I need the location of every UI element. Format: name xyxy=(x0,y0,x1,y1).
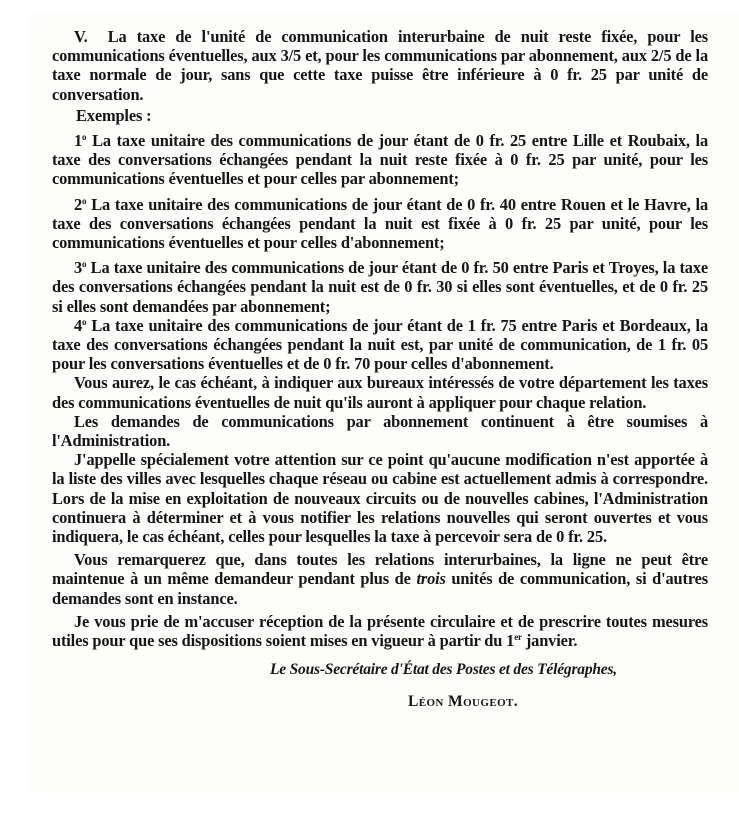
example-2: 2o La taxe unitaire des communications d… xyxy=(52,195,708,253)
example-number: 4o xyxy=(74,316,86,335)
section-numeral: V. xyxy=(74,27,88,46)
section-v-text: La taxe de l'unité de communication inte… xyxy=(52,27,708,104)
circular-document: V. La taxe de l'unité de communication i… xyxy=(52,27,708,711)
signatory-name: Léon Mougeot. xyxy=(52,692,708,711)
example-text: La taxe unitaire des communications de j… xyxy=(52,316,708,373)
paragraph-attention: J'appelle spécialement votre attention s… xyxy=(52,450,708,546)
example-number: 2o xyxy=(74,195,86,214)
date-number: 1er xyxy=(506,631,522,650)
paragraph-demandes: Les demandes de communications par abonn… xyxy=(52,412,708,450)
example-3: 3o La taxe unitaire des communications d… xyxy=(52,258,708,316)
example-number: 1o xyxy=(74,131,86,150)
example-number: 3o xyxy=(74,258,86,277)
example-text: La taxe unitaire des communications de j… xyxy=(52,131,708,188)
paragraph-bureaux: Vous aurez, le cas échéant, à indiquer a… xyxy=(52,373,708,411)
example-text: La taxe unitaire des communications de j… xyxy=(52,258,708,315)
paragraph-closing: Je vous prie de m'accuser réception de l… xyxy=(52,612,708,650)
emphasis-trois: trois xyxy=(416,569,445,588)
example-text: La taxe unitaire des communications de j… xyxy=(52,195,708,252)
example-1: 1o La taxe unitaire des communications d… xyxy=(52,131,708,189)
paragraph-remark: Vous remarquerez que, dans toutes les re… xyxy=(52,550,708,608)
section-v-paragraph: V. La taxe de l'unité de communication i… xyxy=(52,27,708,104)
signature-title: Le Sous-Secrétaire d'État des Postes et … xyxy=(52,660,708,679)
examples-heading: Exemples : xyxy=(52,106,708,125)
example-4: 4o La taxe unitaire des communications d… xyxy=(52,316,708,374)
